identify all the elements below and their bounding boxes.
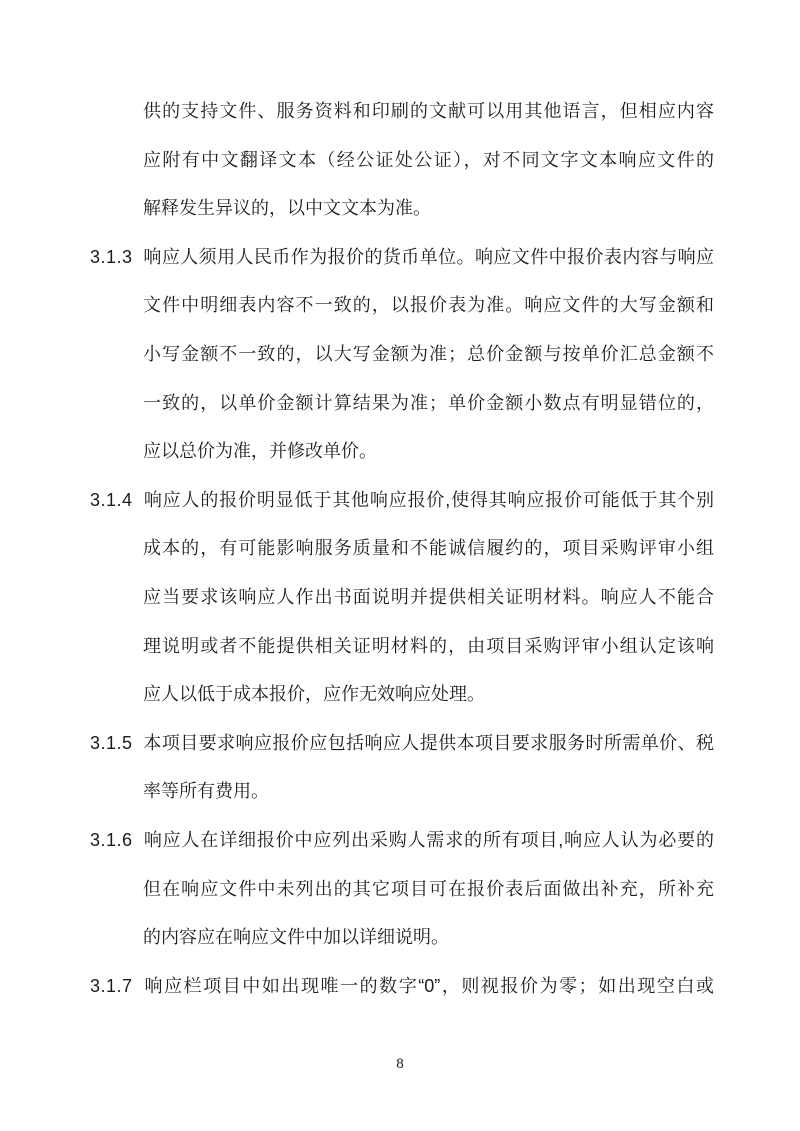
paragraph-continuation: 供的支持文件、服务资料和印刷的文献可以用其他语言，但相应内容 应附有中文翻译文本… (90, 87, 714, 233)
text-line: 3.1.7响应栏项目中如出现唯一的数字“0”，则视报价为零；如出现空白或 (90, 962, 714, 1011)
paragraph-3-1-6: 3.1.6响应人在详细报价中应列出采购人需求的所有项目,响应人认为必要的 但在响… (90, 816, 714, 962)
text-line: 应当要求该响应人作出书面说明并提供相关证明材料。响应人不能合 (90, 573, 714, 622)
text-line: 理说明或者不能提供相关证明材料的，由项目采购评审小组认定该响 (90, 622, 714, 671)
text-line: 解释发生异议的，以中文文本为准。 (90, 184, 714, 233)
clause-number: 3.1.4 (90, 476, 143, 525)
text-line: 供的支持文件、服务资料和印刷的文献可以用其他语言，但相应内容 (90, 87, 714, 136)
paragraph-3-1-4: 3.1.4响应人的报价明显低于其他响应报价,使得其响应报价可能低于其个别 成本的… (90, 476, 714, 719)
text-line: 但在响应文件中未列出的其它项目可在报价表后面做出补充，所补充 (90, 865, 714, 914)
text-line: 应以总价为准，并修改单价。 (90, 427, 714, 476)
text-line: 文件中明细表内容不一致的，以报价表为准。响应文件的大写金额和 (90, 281, 714, 330)
text-line: 3.1.3响应人须用人民币作为报价的货币单位。响应文件中报价表内容与响应 (90, 233, 714, 282)
document-body: 供的支持文件、服务资料和印刷的文献可以用其他语言，但相应内容 应附有中文翻译文本… (90, 87, 714, 1010)
text-line: 率等所有费用。 (90, 767, 714, 816)
text-line: 应人以低于成本报价，应作无效响应处理。 (90, 670, 714, 719)
clause-number: 3.1.3 (90, 233, 143, 282)
clause-text: 本项目要求响应报价应包括响应人提供本项目要求服务时所需单价、税 (143, 733, 714, 753)
clause-text: 响应人的报价明显低于其他响应报价,使得其响应报价可能低于其个别 (143, 490, 714, 510)
clause-number: 3.1.6 (90, 816, 143, 865)
clause-text: 响应人在详细报价中应列出采购人需求的所有项目,响应人认为必要的 (143, 830, 714, 850)
clause-number: 3.1.5 (90, 719, 143, 768)
paragraph-3-1-3: 3.1.3响应人须用人民币作为报价的货币单位。响应文件中报价表内容与响应 文件中… (90, 233, 714, 476)
text-line: 一致的，以单价金额计算结果为准；单价金额小数点有明显错位的， (90, 379, 714, 428)
clause-number: 3.1.7 (90, 962, 143, 1011)
text-line: 应附有中文翻译文本（经公证处公证），对不同文字文本响应文件的 (90, 136, 714, 185)
text-line: 3.1.5本项目要求响应报价应包括响应人提供本项目要求服务时所需单价、税 (90, 719, 714, 768)
text-line: 成本的，有可能影响服务质量和不能诚信履约的，项目采购评审小组 (90, 524, 714, 573)
paragraph-3-1-7: 3.1.7响应栏项目中如出现唯一的数字“0”，则视报价为零；如出现空白或 (90, 962, 714, 1011)
clause-text: 响应人须用人民币作为报价的货币单位。响应文件中报价表内容与响应 (143, 247, 714, 267)
clause-text: 响应栏项目中如出现唯一的数字“0”，则视报价为零；如出现空白或 (143, 976, 714, 996)
text-line: 的内容应在响应文件中加以详细说明。 (90, 913, 714, 962)
paragraph-3-1-5: 3.1.5本项目要求响应报价应包括响应人提供本项目要求服务时所需单价、税 率等所… (90, 719, 714, 816)
text-line: 小写金额不一致的，以大写金额为准；总价金额与按单价汇总金额不 (90, 330, 714, 379)
text-line: 3.1.6响应人在详细报价中应列出采购人需求的所有项目,响应人认为必要的 (90, 816, 714, 865)
text-line: 3.1.4响应人的报价明显低于其他响应报价,使得其响应报价可能低于其个别 (90, 476, 714, 525)
page-number: 8 (0, 1056, 800, 1073)
document-page: 供的支持文件、服务资料和印刷的文献可以用其他语言，但相应内容 应附有中文翻译文本… (0, 0, 800, 1131)
